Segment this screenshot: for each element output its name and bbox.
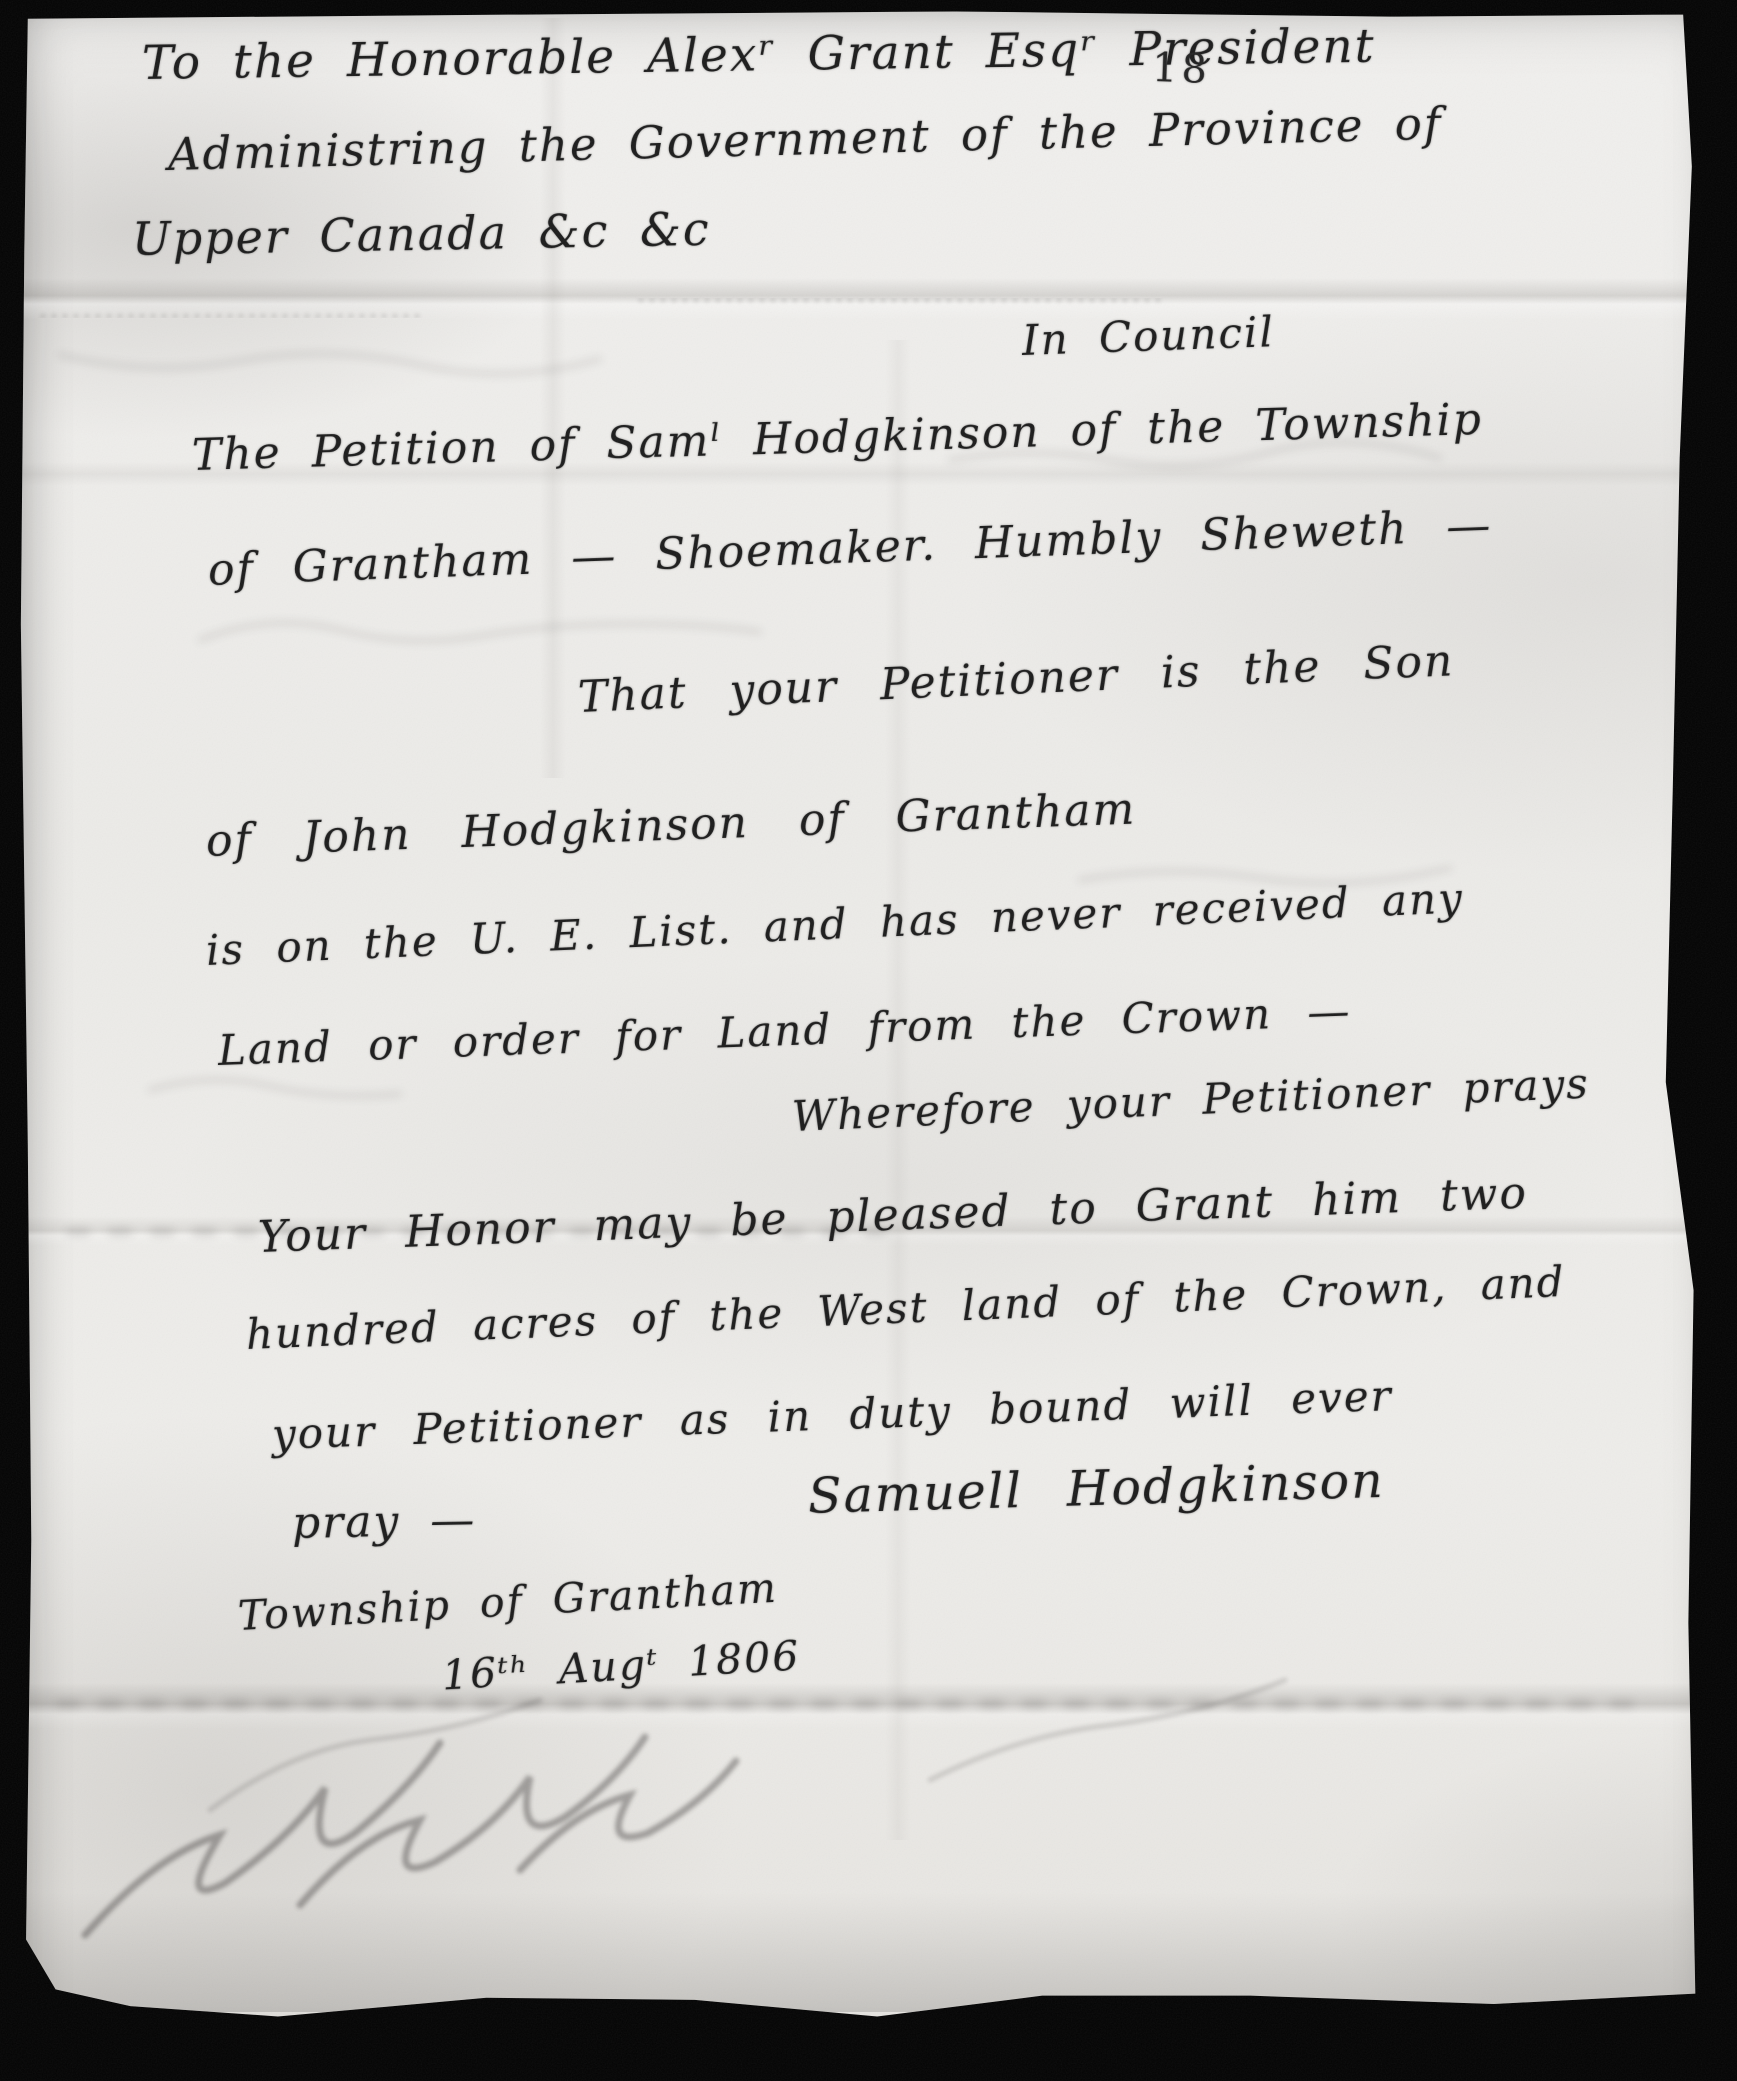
fold-crease	[0, 1683, 1737, 1729]
document-scan: To the Honorable Alexʳ Grant Esqʳ Presid…	[0, 0, 1737, 2081]
prayer-line-5: pray —	[292, 1495, 477, 1549]
address-line-3: Upper Canada &c &c	[132, 202, 712, 266]
fold-crease	[0, 278, 1737, 320]
page-number: 18	[1151, 45, 1211, 93]
edge-shading	[0, 1892, 1737, 2012]
in-council-heading: In Council	[1021, 307, 1275, 365]
